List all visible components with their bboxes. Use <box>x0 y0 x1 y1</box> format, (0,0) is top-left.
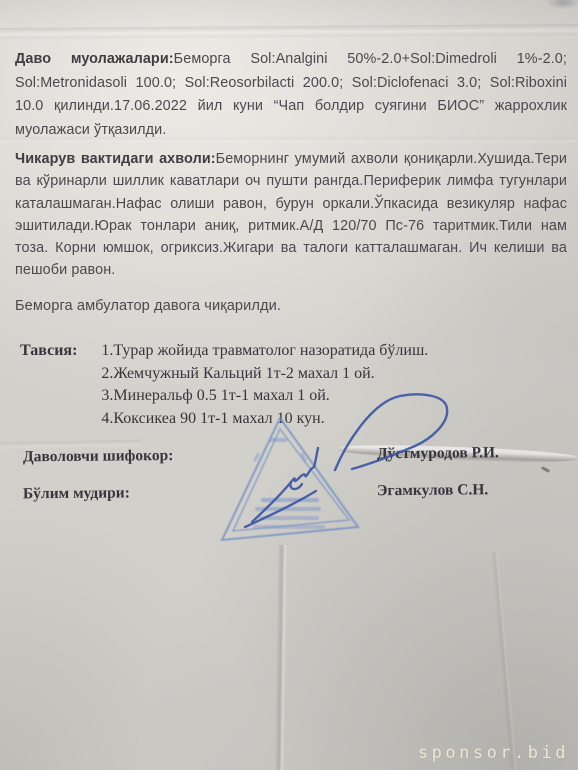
fold-crease-vertical-center <box>274 545 287 770</box>
recommendation-item: 2.Жемчужный Кальций 1т-2 махал 1 ой. <box>101 363 428 385</box>
photographed-document: Даво муолажалари:Беморга Sol:Analgini 50… <box>0 0 578 770</box>
discharge-state-label: Чикарув вактидаги ахволи: <box>15 151 216 167</box>
treatment-paragraph: Даво муолажалари:Беморга Sol:Analgini 50… <box>15 48 567 142</box>
signature-role: Бўлим мудири: <box>23 484 130 503</box>
watermark: sponsor.bid <box>418 743 569 763</box>
signature-name: Эгамкулов С.Н. <box>377 481 488 500</box>
discharge-state-text: Беморнинг умумий ахволи қониқарли.Хушида… <box>15 151 567 278</box>
signature-name: Дўстмуродов Р.И. <box>377 444 499 463</box>
signature-row-attending-doctor: Даволовчи шифокор: Дўстмуродов Р.И. <box>15 443 567 470</box>
document-body: Даво муолажалари:Беморга Sol:Analgini 50… <box>15 48 567 505</box>
treatment-label: Даво муолажалари: <box>15 51 174 67</box>
signature-row-department-head: Бўлим мудири: Эгамкулов С.Н. <box>15 480 567 507</box>
ink-mark-top-right <box>546 0 578 9</box>
recommendation-item: 3.Минеральф 0.5 1т-1 махал 1 ой. <box>101 385 428 407</box>
recommendations-section: Тавсия: 1.Турар жойида травматолог назор… <box>15 340 567 430</box>
recommendations-label: Тавсия: <box>20 340 77 430</box>
discharge-note: Беморга амбулатор давога чиқарилди. <box>15 295 567 319</box>
recommendation-item: 4.Коксикеа 90 1т-1 махал 10 кун. <box>101 408 428 430</box>
recommendation-item: 1.Турар жойида травматолог назоратида бў… <box>101 340 428 362</box>
recommendations-list: 1.Турар жойида травматолог назоратида бў… <box>101 340 428 430</box>
signature-role: Даволовчи шифокор: <box>23 447 174 466</box>
fold-crease-top <box>0 24 578 39</box>
discharge-state-paragraph: Чикарув вактидаги ахволи:Беморнинг умуми… <box>15 148 567 282</box>
fold-crease-vertical-right <box>490 552 517 770</box>
